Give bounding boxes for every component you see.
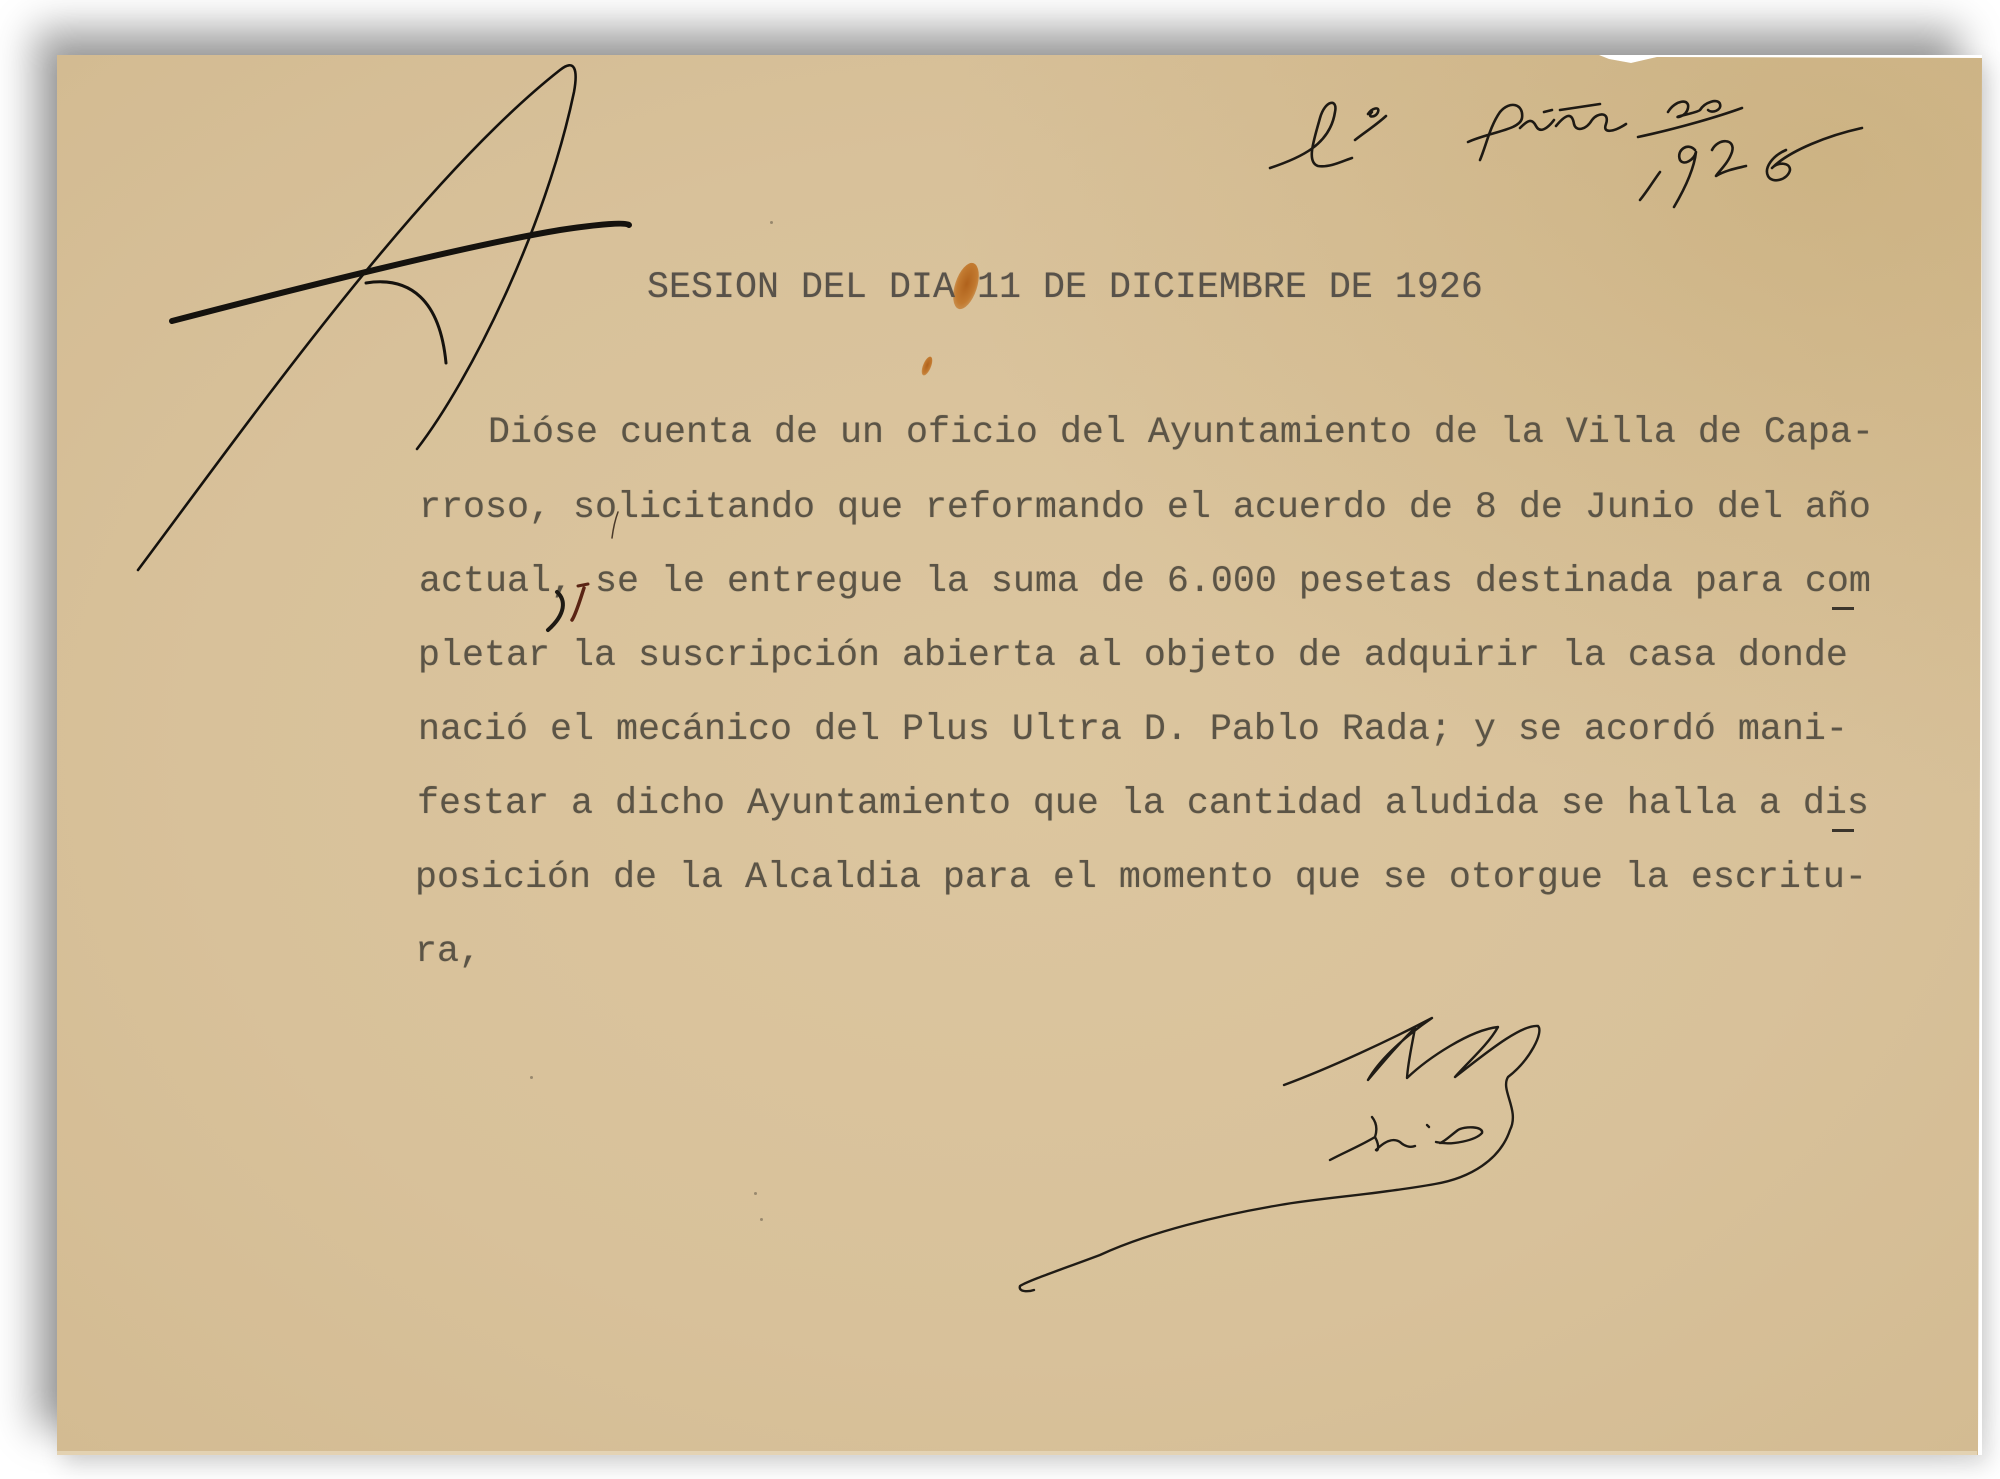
body-line-4: pletar la suscripción abierta al objeto … [418, 638, 1848, 675]
session-title: SESION DEL DIA 11 DE DICIEMBRE DE 1926 [647, 270, 1483, 307]
paper-speck [530, 1076, 533, 1079]
paper-speck [770, 221, 773, 224]
body-line-8: ra, [415, 934, 481, 971]
body-line-3: actual, se le entregue la suma de 6.000 … [419, 564, 1871, 601]
paper-bottom-edge [57, 1451, 1977, 1455]
paper-speck [754, 1192, 757, 1195]
body-line-7: posición de la Alcaldia para el momento … [415, 860, 1867, 897]
body-line-1: Dióse cuenta de un oficio del Ayuntamien… [488, 415, 1874, 452]
underline-mark-com [1832, 607, 1854, 610]
underline-mark-dis [1832, 829, 1854, 832]
paper-sheet [57, 55, 1982, 1455]
body-line-5: nació el mecánico del Plus Ultra D. Pabl… [418, 712, 1848, 749]
paper-speck [760, 1218, 763, 1221]
body-line-2: rroso, solicitando que reformando el acu… [419, 490, 1871, 527]
body-line-6: festar a dicho Ayuntamiento que la canti… [417, 786, 1869, 823]
